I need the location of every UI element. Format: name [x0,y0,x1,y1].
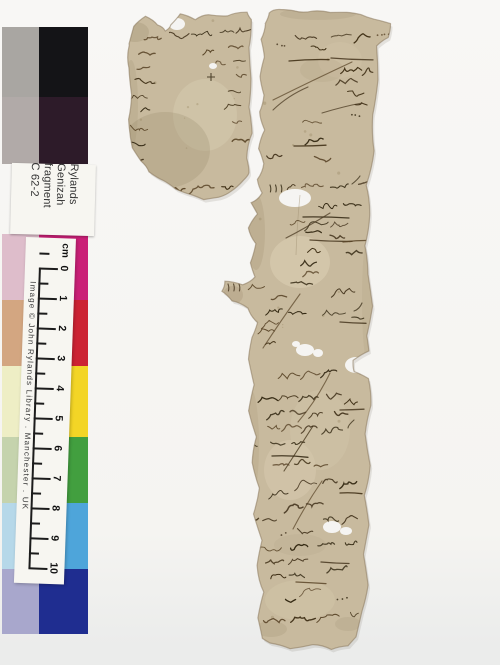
hole [323,521,341,533]
hole [292,341,300,347]
manuscript-photo: Rylands Genizah fragment C 62-2 cm Image… [0,0,500,665]
hole [279,189,311,207]
hole [209,63,217,69]
manuscript-fragment [0,0,500,665]
hole [313,349,323,357]
hole [340,527,352,535]
